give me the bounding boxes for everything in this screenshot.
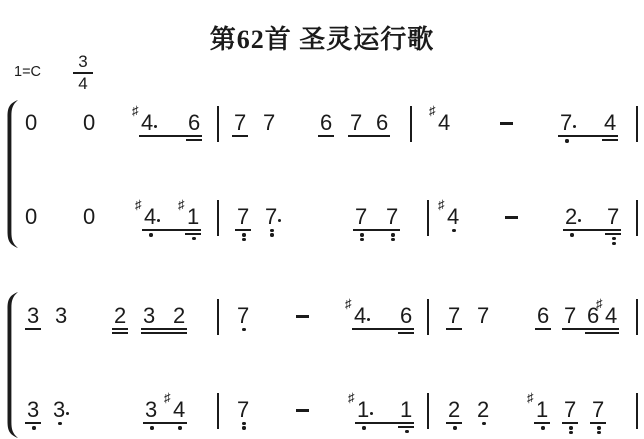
note-6: 6: [400, 305, 414, 327]
note-digit: 3: [53, 399, 65, 421]
note-7: 7: [237, 305, 251, 327]
note-3: 3: [55, 305, 69, 327]
sharp-accidental-icon: ♯: [345, 297, 352, 310]
octave-dot: [242, 233, 245, 236]
note-digit: 6: [376, 112, 388, 134]
note-4: 4♯: [438, 112, 452, 134]
time-signature: 3 4: [70, 52, 96, 94]
barline: [636, 106, 638, 142]
barline: [410, 106, 412, 142]
note-0: 0: [25, 206, 39, 228]
octave-dot: [391, 238, 394, 241]
note-7: 7: [263, 112, 277, 134]
beam-underline: [112, 328, 128, 330]
barline: [636, 299, 638, 335]
note-digit: 2: [448, 399, 460, 421]
beam-underline: [235, 229, 251, 231]
augmentation-dot: [367, 318, 370, 321]
note-digit: 4: [144, 206, 156, 228]
note-1: 1: [400, 399, 414, 421]
note-7: 7: [477, 305, 491, 327]
beam-underline: [398, 426, 414, 428]
beam-underline: [535, 328, 551, 330]
barline: [427, 393, 429, 429]
octave-dot: [597, 426, 600, 429]
beam-underline: [25, 422, 41, 424]
note-4: 4♯: [141, 112, 155, 134]
note-4: 4♯: [605, 305, 619, 327]
note-digit: 6: [320, 112, 332, 134]
sharp-accidental-icon: ♯: [348, 391, 355, 404]
barline: [217, 393, 219, 429]
note-digit: 4: [438, 112, 450, 134]
octave-dot: [150, 426, 153, 429]
note-digit: 7: [448, 305, 460, 327]
octave-dot: [597, 431, 600, 434]
beam-underline: [352, 328, 414, 330]
beam-underline: [141, 332, 187, 334]
octave-dot: [242, 426, 245, 429]
note-digit: 7: [234, 112, 246, 134]
sharp-accidental-icon: ♯: [178, 198, 185, 211]
octave-dot: [569, 431, 572, 434]
barline: [217, 200, 219, 236]
note-7: 7: [237, 206, 251, 228]
note-digit: 6: [400, 305, 412, 327]
note-digit: 7: [386, 206, 398, 228]
barline: [217, 106, 219, 142]
note-7: 7: [607, 206, 621, 228]
extension-dash: [296, 409, 309, 412]
note-digit: 7: [237, 206, 249, 228]
sharp-accidental-icon: ♯: [164, 391, 171, 404]
note-7: 7: [386, 206, 400, 228]
note-digit: 4: [354, 305, 366, 327]
note-digit: 3: [27, 305, 39, 327]
augmentation-dot: [573, 125, 576, 128]
sharp-accidental-icon: ♯: [135, 198, 142, 211]
note-digit: 4: [173, 399, 185, 421]
time-signature-numerator: 3: [70, 52, 96, 72]
note-1: 1♯: [357, 399, 371, 421]
note-digit: 7: [564, 399, 576, 421]
note-digit: 0: [25, 206, 37, 228]
note-digit: 1: [536, 399, 548, 421]
beam-underline: [186, 139, 202, 141]
note-6: 6: [188, 112, 202, 134]
octave-dot: [541, 426, 544, 429]
beam-underline: [25, 328, 41, 330]
note-6: 6: [320, 112, 334, 134]
beam-underline: [446, 422, 462, 424]
sharp-accidental-icon: ♯: [429, 104, 436, 117]
augmentation-dot: [154, 125, 157, 128]
sharp-accidental-icon: ♯: [527, 391, 534, 404]
note-4: 4♯: [173, 399, 187, 421]
note-2: 2: [114, 305, 128, 327]
note-digit: 0: [25, 112, 37, 134]
note-digit: 7: [607, 206, 619, 228]
octave-dot: [360, 238, 363, 241]
note-digit: 0: [83, 112, 95, 134]
note-1: 1♯: [536, 399, 550, 421]
note-2: 2: [448, 399, 462, 421]
note-digit: 1: [187, 206, 199, 228]
note-7: 7: [448, 305, 462, 327]
note-digit: 2: [173, 305, 185, 327]
note-digit: 7: [265, 206, 277, 228]
note-7: 7: [592, 399, 606, 421]
beam-underline: [590, 422, 606, 424]
score-sheet: 第62首 圣灵运行歌 1=C 3 4 004♯6776764♯74004♯1♯7…: [0, 0, 644, 439]
note-4: 4♯: [144, 206, 158, 228]
note-digit: 7: [355, 206, 367, 228]
note-digit: 1: [357, 399, 369, 421]
octave-dot: [482, 422, 485, 425]
barline: [217, 299, 219, 335]
beam-underline: [563, 229, 621, 231]
octave-dot: [453, 426, 456, 429]
beam-underline: [318, 135, 334, 137]
note-3: 3: [27, 305, 41, 327]
beam-underline: [534, 422, 550, 424]
note-digit: 7: [350, 112, 362, 134]
octave-dot: [242, 422, 245, 425]
beam-underline: [602, 139, 618, 141]
octave-dot: [58, 422, 61, 425]
note-7: 7: [237, 399, 251, 421]
barline: [427, 200, 429, 236]
extension-dash: [505, 216, 518, 219]
beam-underline: [142, 229, 201, 231]
beam-underline: [585, 332, 619, 334]
beam-underline: [141, 328, 187, 330]
note-digit: 3: [145, 399, 157, 421]
beam-underline: [139, 135, 202, 137]
note-2: 2: [565, 206, 579, 228]
note-digit: 6: [188, 112, 200, 134]
octave-dot: [32, 426, 35, 429]
note-3: 3: [145, 399, 159, 421]
note-4: 4♯: [354, 305, 368, 327]
note-digit: 3: [55, 305, 67, 327]
octave-dot: [178, 426, 181, 429]
beam-underline: [232, 135, 248, 137]
octave-dot: [362, 426, 365, 429]
key-signature: 1=C: [14, 64, 41, 80]
system-bracket: [4, 292, 24, 438]
note-2: 2: [477, 399, 491, 421]
sharp-accidental-icon: ♯: [596, 297, 603, 310]
note-digit: 4: [447, 206, 459, 228]
octave-dot: [270, 229, 273, 232]
extension-dash: [500, 122, 513, 125]
note-7: 7: [355, 206, 369, 228]
note-7: 7: [350, 112, 364, 134]
octave-dot: [270, 233, 273, 236]
octave-dot: [569, 426, 572, 429]
barline: [427, 299, 429, 335]
octave-dot: [192, 237, 195, 240]
augmentation-dot: [278, 219, 281, 222]
note-digit: 7: [564, 305, 576, 327]
note-6: 6: [537, 305, 551, 327]
sharp-accidental-icon: ♯: [132, 104, 139, 117]
beam-underline: [185, 233, 201, 235]
octave-dot: [391, 233, 394, 236]
octave-dot: [565, 139, 568, 142]
note-2: 2: [173, 305, 187, 327]
note-1: 1♯: [187, 206, 201, 228]
octave-dot: [149, 233, 152, 236]
note-6: 6: [376, 112, 390, 134]
note-0: 0: [83, 112, 97, 134]
note-digit: 2: [477, 399, 489, 421]
note-digit: 2: [565, 206, 577, 228]
beam-underline: [398, 332, 414, 334]
note-digit: 7: [237, 399, 249, 421]
note-0: 0: [25, 112, 39, 134]
beam-underline: [353, 229, 400, 231]
note-digit: 4: [141, 112, 153, 134]
octave-dot: [242, 238, 245, 241]
system-bracket: [4, 100, 24, 248]
note-0: 0: [83, 206, 97, 228]
beam-underline: [143, 422, 187, 424]
octave-dot: [405, 430, 408, 433]
octave-dot: [612, 242, 615, 245]
note-4: 4: [604, 112, 618, 134]
beam-underline: [558, 135, 618, 137]
note-digit: 2: [114, 305, 126, 327]
note-digit: 4: [605, 305, 617, 327]
sharp-accidental-icon: ♯: [438, 198, 445, 211]
octave-dot: [570, 233, 573, 236]
barline: [636, 393, 638, 429]
note-digit: 4: [604, 112, 616, 134]
note-3: 3: [27, 399, 41, 421]
note-3: 3: [53, 399, 67, 421]
note-3: 3: [143, 305, 157, 327]
note-4: 4♯: [447, 206, 461, 228]
octave-dot: [452, 229, 455, 232]
augmentation-dot: [66, 412, 69, 415]
beam-underline: [112, 332, 128, 334]
note-digit: 3: [143, 305, 155, 327]
barline: [636, 200, 638, 236]
augmentation-dot: [370, 412, 373, 415]
augmentation-dot: [578, 219, 581, 222]
note-digit: 3: [27, 399, 39, 421]
time-signature-denominator: 4: [70, 74, 96, 94]
note-digit: 7: [592, 399, 604, 421]
extension-dash: [296, 315, 309, 318]
note-digit: 7: [477, 305, 489, 327]
beam-underline: [605, 233, 621, 235]
beam-underline: [446, 328, 462, 330]
note-7: 7: [564, 305, 578, 327]
note-7: 7: [560, 112, 574, 134]
beam-underline: [348, 135, 390, 137]
note-7: 7: [265, 206, 279, 228]
augmentation-dot: [157, 219, 160, 222]
note-7: 7: [234, 112, 248, 134]
octave-dot: [612, 237, 615, 240]
note-digit: 7: [237, 305, 249, 327]
note-digit: 1: [400, 399, 412, 421]
octave-dot: [242, 328, 245, 331]
song-title: 第62首 圣灵运行歌: [0, 19, 644, 56]
beam-underline: [562, 328, 619, 330]
note-digit: 6: [537, 305, 549, 327]
note-digit: 7: [263, 112, 275, 134]
note-7: 7: [564, 399, 578, 421]
note-digit: 0: [83, 206, 95, 228]
octave-dot: [360, 233, 363, 236]
beam-underline: [562, 422, 578, 424]
note-digit: 7: [560, 112, 572, 134]
beam-underline: [355, 422, 414, 424]
